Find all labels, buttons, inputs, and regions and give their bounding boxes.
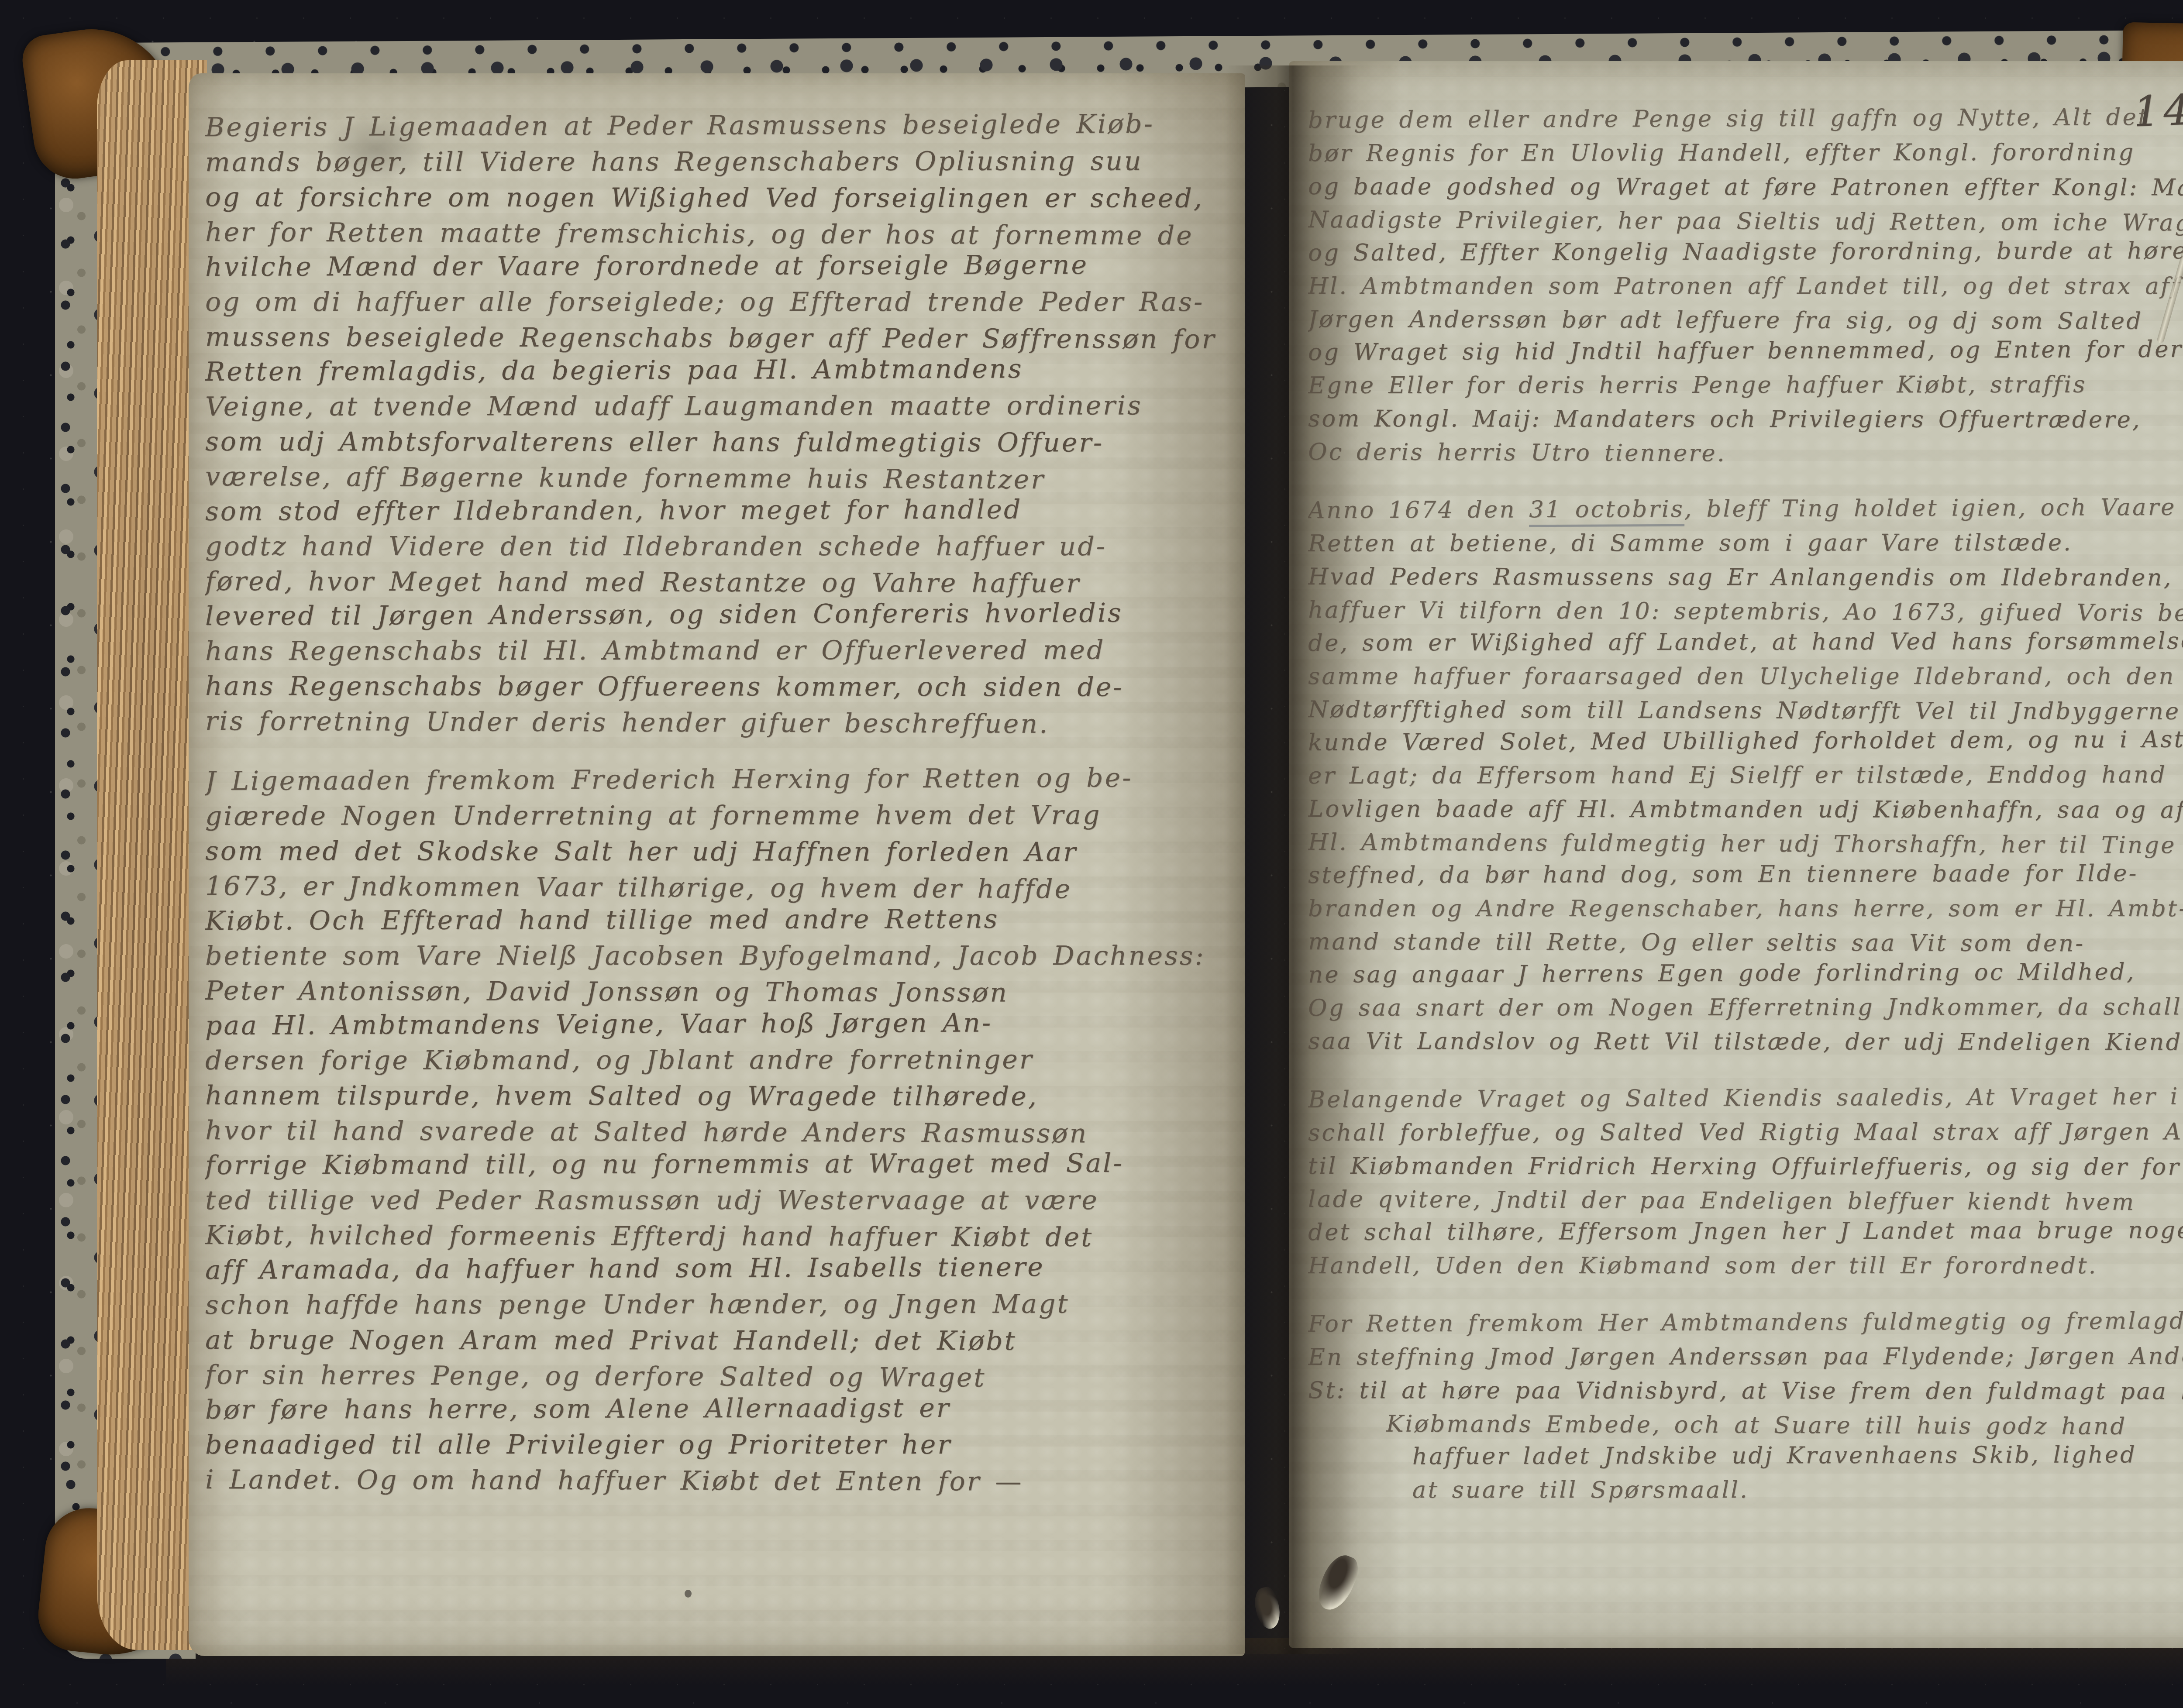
underlined-words: 31 octobris xyxy=(1529,496,1684,527)
paragraph: Belangende Vraget og Salted Kiendis saal… xyxy=(1308,1083,2183,1282)
manuscript-line: aff Aramada, da haffuer hand som Hl. Isa… xyxy=(205,1249,1240,1288)
manuscript-line: samme haffuer foraarsaged den Ulychelige… xyxy=(1308,660,2183,693)
manuscript-line: En steffning Jmod Jørgen Anderssøn paa F… xyxy=(1308,1340,2183,1374)
manuscript-line: Lovligen baade aff Hl. Ambtmanden udj Ki… xyxy=(1308,793,2183,827)
manuscript-line: hvilche Mænd der Vaare forordnede at for… xyxy=(205,247,1240,285)
paragraph: For Retten fremkom Her Ambtmandens fuldm… xyxy=(1308,1308,2183,1507)
manuscript-line: hans Regenschabs bøger Offuereens kommer… xyxy=(205,669,1240,705)
manuscript-line: St: til at høre paa Vidnisbyrd, at Vise … xyxy=(1308,1374,2183,1409)
manuscript-line: og Salted, Effter Kongelig Naadigste for… xyxy=(1308,234,2183,270)
manuscript-line: hans Regenschabs til Hl. Ambtmand er Off… xyxy=(205,632,1240,669)
manuscript-line: mands bøger, till Videre hans Regenschab… xyxy=(205,144,1240,180)
manuscript-line: forrige Kiøbmand till, og nu fornemmis a… xyxy=(205,1145,1240,1183)
manuscript-line: hannem tilspurde, hvem Salted og Wragede… xyxy=(205,1078,1240,1114)
manuscript-line: Oc deris herris Utro tiennere. xyxy=(1308,436,2183,472)
manuscript-line: levered til Jørgen Anderssøn, og siden C… xyxy=(205,595,1240,634)
manuscript-line: Belangende Vraget og Salted Kiendis saal… xyxy=(1308,1080,2183,1117)
manuscript-line: de, som er Wißighed aff Landet, at hand … xyxy=(1308,625,2183,660)
manuscript-line: Veigne, at tvende Mænd udaff Laugmanden … xyxy=(205,388,1240,424)
manuscript-line: J Ligemaaden fremkom Frederich Herxing f… xyxy=(205,760,1240,799)
manuscript-line: at bruge Nogen Aram med Privat Handell; … xyxy=(205,1323,1240,1359)
manuscript-line: godtz hand Videre den tid Ildebranden sc… xyxy=(205,529,1240,564)
manuscript-line: Og saa snart der om Nogen Efferretning J… xyxy=(1308,990,2183,1025)
manuscript-line: benaadiged til alle Privilegier og Prior… xyxy=(205,1427,1240,1462)
ink-speck xyxy=(685,1590,692,1598)
manuscript-line: Retten at betiene, di Samme som i gaar V… xyxy=(1308,526,2183,560)
manuscript-line: steffned, da bør hand dog, som En tienne… xyxy=(1308,857,2183,892)
manuscript-line: haffuer ladet Jndskibe udj Kravenhaens S… xyxy=(1308,1438,2183,1474)
right-page-text: bruge dem eller andre Penge sig till gaf… xyxy=(1308,104,2183,1544)
manuscript-line: paa Hl. Ambtmandens Veigne, Vaar hoß Jør… xyxy=(205,1004,1240,1043)
left-page-text: Begieris J Ligemaaden at Peder Rasmussen… xyxy=(205,110,1240,1542)
manuscript-line: Kiøbt. Och Effterad hand tillige med and… xyxy=(205,901,1240,938)
manuscript-line: som Kongl. Maij: Mandaters och Privilegi… xyxy=(1308,402,2183,437)
manuscript-line: Handell, Uden den Kiøbmand som der till … xyxy=(1308,1249,2183,1282)
manuscript-line: ris forretning Under deris hender gifuer… xyxy=(205,704,1240,742)
manuscript-line: Retten fremlagdis, da begieris paa Hl. A… xyxy=(205,351,1240,389)
manuscript-line: Hvad Peders Rasmussens sag Er Anlangendi… xyxy=(1308,560,2183,595)
manuscript-line: i Landet. Og om hand haffuer Kiøbt det E… xyxy=(205,1462,1240,1500)
manuscript-line: giærede Nogen Underretning at fornemme h… xyxy=(205,797,1240,834)
manuscript-line: bruge dem eller andre Penge sig till gaf… xyxy=(1308,104,2183,137)
manuscript-line: til Kiøbmanden Fridrich Herxing Offuirle… xyxy=(1308,1150,2183,1184)
manuscript-line: og om di haffuer alle forseiglede; og Ef… xyxy=(205,285,1240,320)
manuscript-line: schon haffde hans penge Under hænder, og… xyxy=(205,1286,1240,1323)
manuscript-line: bør føre hans herre, som Alene Allernaad… xyxy=(205,1390,1240,1427)
manuscript-line: og baade godshed og Wraget at føre Patro… xyxy=(1308,170,2183,205)
manuscript-line: saa Vit Landslov og Rett Vil tilstæde, d… xyxy=(1308,1025,2183,1059)
manuscript-line: ne sag angaar J herrens Egen gode forlin… xyxy=(1308,955,2183,992)
manuscript-line: betiente som Vare Nielß Jacobsen Byfogel… xyxy=(205,938,1240,973)
manuscript-line: som med det Skodske Salt her udj Haffnen… xyxy=(205,834,1240,870)
manuscript-line: som udj Ambtsforvalterens eller hans ful… xyxy=(205,424,1240,461)
manuscript-line: og at forsichre om nogen Wißighed Ved fo… xyxy=(205,180,1240,216)
manuscript-line: For Retten fremkom Her Ambtmandens fuldm… xyxy=(1308,1304,2183,1341)
manuscript-line: schall forbleffue, og Salted Ved Rigtig … xyxy=(1308,1115,2183,1150)
manuscript-line: Begieris J Ligemaaden at Peder Rasmussen… xyxy=(205,110,1240,145)
paragraph: Anno 1674 den 31 octobris, bleff Ting ho… xyxy=(1308,494,2183,1058)
manuscript-line: at suare till Spørsmaall. xyxy=(1308,1474,2183,1507)
manuscript-line: ted tillige ved Peder Rasmussøn udj West… xyxy=(205,1183,1240,1218)
manuscript-line: Egne Eller for deris herris Penge haffue… xyxy=(1308,368,2183,402)
manuscript-line: det schal tilhøre, Effersom Jngen her J … xyxy=(1308,1214,2183,1249)
manuscript-line: er Lagt; da Effersom hand Ej Sielff er t… xyxy=(1308,758,2183,793)
manuscript-line: bør Regnis for En Ulovlig Handell, effte… xyxy=(1308,136,2183,170)
paragraph: Begieris J Ligemaaden at Peder Rasmussen… xyxy=(205,110,1240,739)
manuscript-line: kunde Væred Solet, Med Ubillighed forhol… xyxy=(1308,723,2183,759)
paragraph: J Ligemaaden fremkom Frederich Herxing f… xyxy=(205,764,1240,1497)
manuscript-line: Hl. Ambtmanden som Patronen aff Landet t… xyxy=(1308,270,2183,303)
manuscript-line: som stod effter Ildebranden, hvor meget … xyxy=(205,491,1240,529)
archival-scan: 146. Begieris J Ligemaaden at Peder Rasm… xyxy=(0,0,2183,1708)
manuscript-line: dersen forige Kiøbmand, og Jblant andre … xyxy=(205,1042,1240,1078)
paragraph: bruge dem eller andre Penge sig till gaf… xyxy=(1308,104,2183,469)
manuscript-line: og Wraget sig hid Jndtil haffuer bennemm… xyxy=(1308,333,2183,369)
manuscript-line: Anno 1674 den 31 octobris, bleff Ting ho… xyxy=(1308,491,2183,527)
page-number: 146. xyxy=(2132,84,2183,137)
manuscript-line: branden og Andre Regenschaber, hans herr… xyxy=(1308,892,2183,925)
